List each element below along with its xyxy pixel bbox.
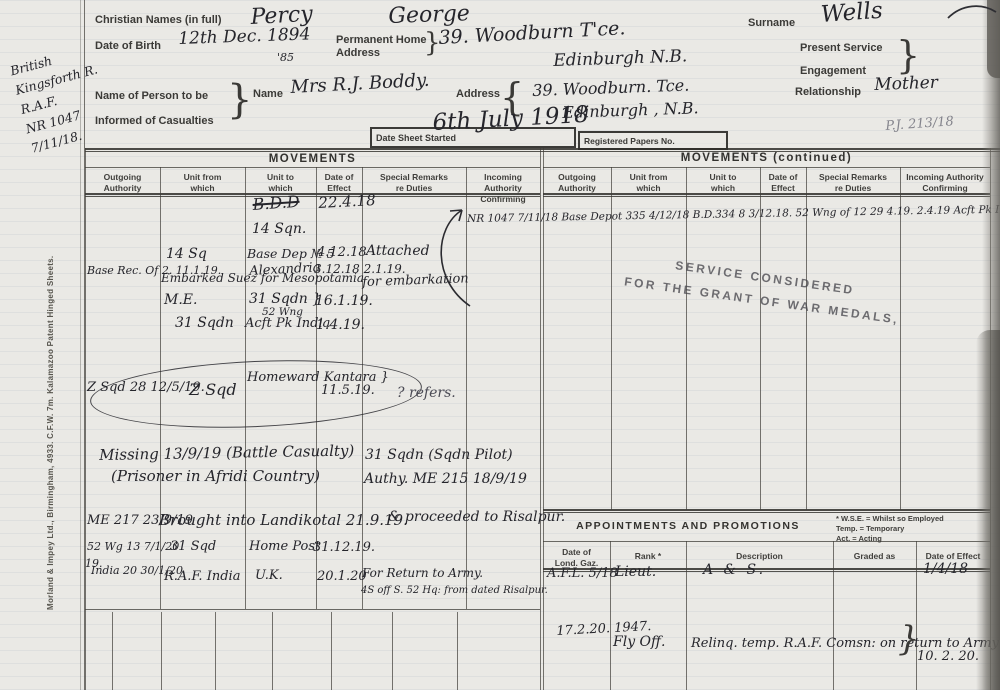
appointments-title: APPOINTMENTS AND PROMOTIONS (543, 520, 833, 532)
grid-line (85, 167, 540, 168)
movement-entry: 4.12.18 (317, 246, 367, 261)
col-outgoing-authority: Outgoing Authority (543, 172, 611, 194)
grid-line (543, 148, 544, 510)
movement-entry: B.D.D (252, 193, 300, 215)
scan-edge-shadow-lower (976, 330, 1000, 690)
movement-entry: 31 Sqdn } (249, 291, 321, 307)
movement-entry: 31 Sqdn (175, 315, 234, 331)
movement-entry: 31 Sqdn (Sqdn Pilot) (365, 447, 513, 463)
grid-line (543, 509, 544, 690)
surname-label: Surname (748, 17, 795, 29)
registered-papers-label: Registered Papers No. (584, 136, 675, 146)
arrow-curve-icon (428, 206, 474, 310)
movement-entry: 14 Sqn. (252, 221, 306, 237)
movement-entry: Home Post (249, 540, 320, 555)
grid-line (80, 0, 81, 690)
movements-title: MOVEMENTS (85, 153, 540, 165)
movement-entry: 20.1.20 (317, 570, 367, 585)
registry-ref-note: P.J. 213/18 (885, 115, 954, 135)
movement-entry: For Return to Army. (362, 567, 483, 581)
movement-entry: R.A.F. India (164, 570, 240, 585)
col-graded-as: Graded as (833, 551, 916, 562)
grid-line (833, 541, 834, 690)
appointments-footnote: * W.S.E. = Whilst so Employed Temp. = Te… (836, 514, 988, 544)
col-outgoing-authority: Outgoing Authority (85, 172, 160, 194)
service-engagement-brace: } (896, 36, 920, 74)
col-date-effect: Date of Effect (316, 172, 362, 194)
home-address-label: Permanent Home Address (336, 34, 426, 60)
movement-entry: & proceeded to Risalpur. (388, 509, 565, 526)
pen-mark-curve (946, 2, 998, 20)
movement-entry: 31.12.19. (313, 541, 375, 556)
movements-continued-title: MOVEMENTS (continued) (543, 152, 990, 164)
casualty-address-line1: 39. Woodburn. Tce. (532, 77, 690, 101)
appointment-gazette: A.F.L. 5/18 (547, 567, 618, 582)
grid-line (272, 612, 273, 690)
appointment-date: 1/4/18 (923, 561, 968, 577)
movement-entry: 16.1.19. (315, 293, 373, 309)
grid-line (686, 541, 687, 690)
col-description: Description (686, 551, 833, 562)
relationship-label: Relationship (795, 86, 861, 98)
appointment-description: A & S. (703, 562, 766, 578)
grid-line (392, 612, 393, 690)
appointment-rank: Lieut. (615, 564, 656, 580)
grid-line (112, 612, 113, 690)
movement-entry: ? refers. (397, 385, 456, 401)
movement-entry: 14 Sq (166, 246, 207, 262)
relationship-value: Mother (874, 74, 938, 96)
col-unit-from: Unit from which (611, 172, 686, 194)
grid-line (85, 148, 86, 690)
appointment-date: 10. 2. 20. (917, 650, 979, 665)
movement-entry: 31 Sqd (170, 540, 216, 555)
movement-entry: 3.12.18 2.1.19. (314, 263, 406, 276)
col-special-remarks: Special Remarks re Duties (362, 172, 466, 194)
casualties-brace: } (227, 80, 252, 120)
movement-entry: Brought into Landikotal 21.9.19. (159, 512, 408, 529)
surname-value: Wells (820, 0, 884, 28)
printer-imprint: Morland & Impey Ltd., Birmingham, 4933. … (46, 180, 55, 610)
col-special-remarks: Special Remarks re Duties (806, 172, 900, 194)
col-date-effect: Date of Effect (760, 172, 806, 194)
grid-line (916, 541, 917, 690)
appointment-rank: Fly Off. (613, 634, 665, 650)
grid-line (540, 148, 541, 690)
present-service-label: Present Service (800, 42, 883, 54)
col-unit-from: Unit from which (160, 172, 245, 194)
scanned-service-record: British Kingsforth R. R.A.F. NR 1047 7/1… (0, 0, 1000, 690)
grid-line (331, 612, 332, 690)
grid-line (215, 612, 216, 690)
movement-entry: 22.4.18 (318, 192, 376, 212)
casualties-label: Name of Person to be Informed of Casualt… (95, 84, 214, 134)
movement-entry: Attached (366, 243, 430, 259)
movement-entry: Z Sqd 28 12/5/19. (87, 381, 205, 396)
grid-line (85, 609, 540, 610)
dob-value: 12th Dec. 1894 (178, 25, 311, 49)
movement-entry: U.K. (255, 569, 283, 584)
col-unit-to: Unit to which (245, 172, 316, 194)
dob-correction: '85 (277, 52, 294, 65)
movement-entry: Z Sqd (189, 381, 237, 399)
incoming-authority-block: NR 1047 7/11/18 Base Depot 335 4/12/18 B… (467, 202, 1000, 226)
address-label: Address (456, 88, 500, 100)
movement-entry: 1.4.19. (316, 317, 365, 333)
christian-names-label: Christian Names (in full) (95, 14, 222, 26)
movement-entry: Authy. ME 215 18/9/19 (364, 471, 527, 487)
col-incoming-authority: Incoming Authority Confirming (466, 172, 540, 205)
movement-entry: 4S off S. 52 Hq: from dated Risalpur. (361, 585, 548, 597)
movement-entry: (Prisoner in Afridi Country) (111, 468, 320, 485)
war-medals-stamp: SERVICE CONSIDERED FOR THE GRANT OF WAR … (612, 246, 915, 333)
col-incoming-authority: Incoming Authority Confirming (900, 172, 990, 194)
grid-line (161, 612, 162, 690)
movement-entry: M.E. (164, 292, 197, 308)
dob-label: Date of Birth (95, 40, 161, 52)
name-label: Name (253, 88, 283, 100)
home-address-line2: Edinburgh N.B. (553, 47, 688, 71)
grid-line (610, 541, 611, 690)
movement-entry: 11.5.19. (321, 384, 375, 399)
grid-line (457, 612, 458, 690)
engagement-label: Engagement (800, 65, 866, 77)
casualty-name-value: Mrs R.J. Boddy. (290, 71, 430, 99)
movement-entry: 52 Wg 13 7/1/20 (87, 541, 179, 554)
col-rank: Rank * (610, 551, 686, 562)
col-unit-to: Unit to which (686, 172, 760, 194)
